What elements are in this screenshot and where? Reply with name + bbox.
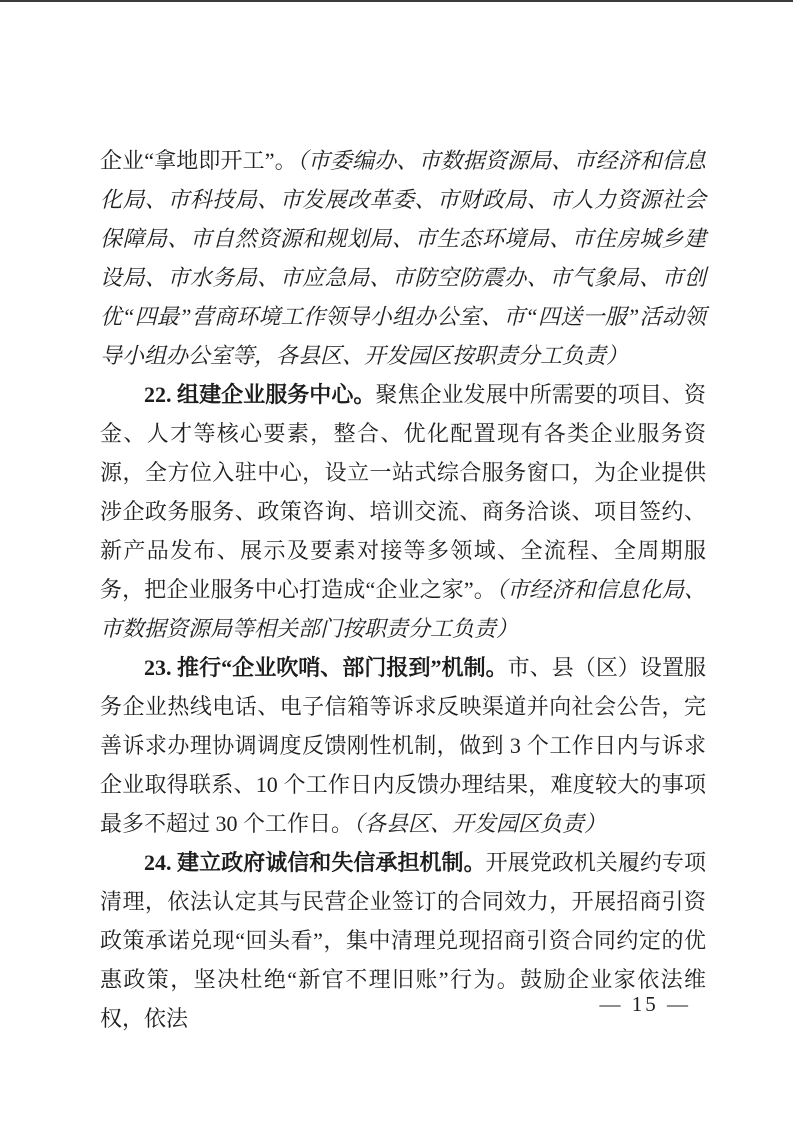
paragraph: 22. 组建企业服务中心。聚焦企业发展中所需要的项目、资金、人才等核心要素，整合… — [100, 375, 706, 648]
paragraph: 企业“拿地即开工”。（市委编办、市数据资源局、市经济和信息化局、市科技局、市发展… — [100, 141, 706, 375]
scan-edge-line — [0, 0, 793, 2]
text-run-bold: 24. 建立政府诚信和失信承担机制。 — [144, 850, 486, 875]
text-run-bold: 23. 推行“企业吹哨、部门报到”机制。 — [144, 655, 508, 680]
text-run-normal: 企业“拿地即开工”。 — [100, 148, 297, 173]
page-number: — 15 — — [600, 992, 692, 1017]
text-run-bold: 22. 组建企业服务中心。 — [144, 382, 375, 407]
document-page: 企业“拿地即开工”。（市委编办、市数据资源局、市经济和信息化局、市科技局、市发展… — [0, 0, 793, 1122]
document-body: 企业“拿地即开工”。（市委编办、市数据资源局、市经济和信息化局、市科技局、市发展… — [100, 141, 706, 1038]
paragraph: 23. 推行“企业吹哨、部门报到”机制。市、县（区）设置服务企业热线电话、电子信… — [100, 648, 706, 843]
text-run-kai: （各县区、开发园区负责） — [353, 811, 606, 836]
text-run-normal: 聚焦企业发展中所需要的项目、资金、人才等核心要素，整合、优化配置现有各类企业服务… — [100, 382, 706, 602]
text-run-normal: 市、县（区）设置服务企业热线电话、电子信箱等诉求反映渠道并向社会公告，完善诉求办… — [100, 655, 706, 836]
text-run-kai: （市委编办、市数据资源局、市经济和信息化局、市科技局、市发展改革委、市财政局、市… — [100, 148, 706, 368]
